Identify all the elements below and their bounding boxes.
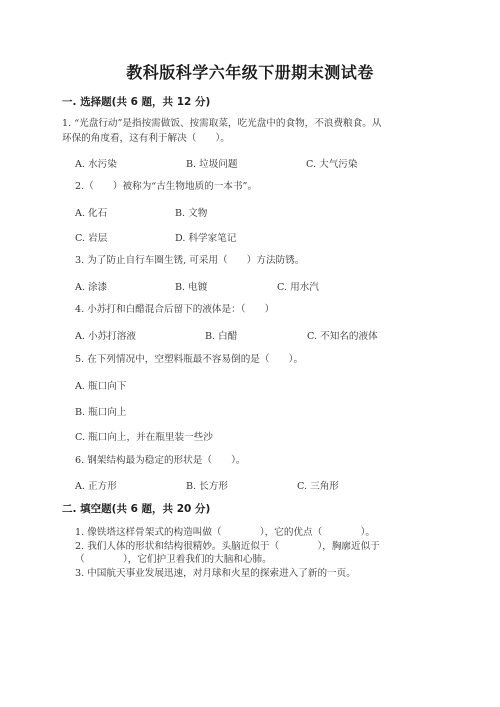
question-2-option-c: C. 岩层 xyxy=(75,230,107,244)
question-3-option-b: B. 电镀 xyxy=(175,279,207,293)
fill-blank-line-4: 3. 中国航天事业发展迅速，对月球和火星的探索进入了新的一页。 xyxy=(75,567,356,580)
question-4-option-b: B. 白醋 xyxy=(205,328,237,342)
question-3-option-a: A. 涂漆 xyxy=(75,279,107,293)
fill-blank-line-2: 2. 我们人体的形状和结构很精妙。头脑近似于（ ），胸廓近似于 xyxy=(75,540,380,553)
question-2-option-a: A. 化石 xyxy=(75,205,107,219)
question-3-text: 3. 为了防止自行车圈生锈, 可采用（ ）方法防锈。 xyxy=(75,253,304,268)
fill-blank-line-3: （ ），它们护卫着我们的大脑和心肺。 xyxy=(75,553,272,566)
question-4-text: 4. 小苏打和白醋混合后留下的液体是：（ ） xyxy=(75,302,274,317)
question-1-option-a: A. 水污染 xyxy=(75,156,117,170)
question-4-option-a: A. 小苏打溶液 xyxy=(75,328,136,342)
question-1-option-c: C. 大气污染 xyxy=(306,156,357,170)
question-6-option-a: A. 正方形 xyxy=(75,478,117,492)
question-3-option-c: C. 用水汽 xyxy=(277,279,319,293)
question-6-option-b: B. 长方形 xyxy=(186,478,228,492)
question-1-line-2: 环保的角度看，这有利于解决（ ）。 xyxy=(62,131,230,146)
question-6-text: 6. 钢架结构最为稳定的形状是（ ）。 xyxy=(75,453,246,468)
question-5-text: 5. 在下列情况中，空塑料瓶最不容易倒的是（ ）。 xyxy=(75,352,303,367)
question-5-option-b: B. 瓶口向上 xyxy=(75,404,127,418)
question-5-option-c: C. 瓶口向上，并在瓶里装一些沙 xyxy=(75,429,213,443)
question-2-option-d: D. 科学家笔记 xyxy=(175,230,236,244)
question-6-option-c: C. 三角形 xyxy=(297,478,339,492)
page-title: 教科版科学六年级下册期末测试卷 xyxy=(0,60,500,83)
question-2-text: 2.（ ）被称为“古生物地质的一本书”。 xyxy=(75,179,257,194)
question-1-line-1: 1. “光盘行动”是指按需做饭、按需取菜，吃光盘中的食物，不浪费粮食。从 xyxy=(62,116,381,131)
question-2-option-b: B. 文物 xyxy=(175,205,207,219)
question-4-option-c: C. 不知名的液体 xyxy=(307,328,378,342)
fill-blank-line-1: 1. 像铁塔这样骨架式的构造叫做（ ），它的优点（ ）。 xyxy=(75,526,375,539)
question-1-option-b: B. 垃圾问题 xyxy=(186,156,238,170)
section-heading-choice: 一. 选择题(共 6 题，共 12 分) xyxy=(62,94,210,109)
question-5-option-a: A. 瓶口向下 xyxy=(75,378,126,392)
section-heading-fill-blank: 二. 填空题(共 6 题，共 20 分) xyxy=(62,501,210,516)
